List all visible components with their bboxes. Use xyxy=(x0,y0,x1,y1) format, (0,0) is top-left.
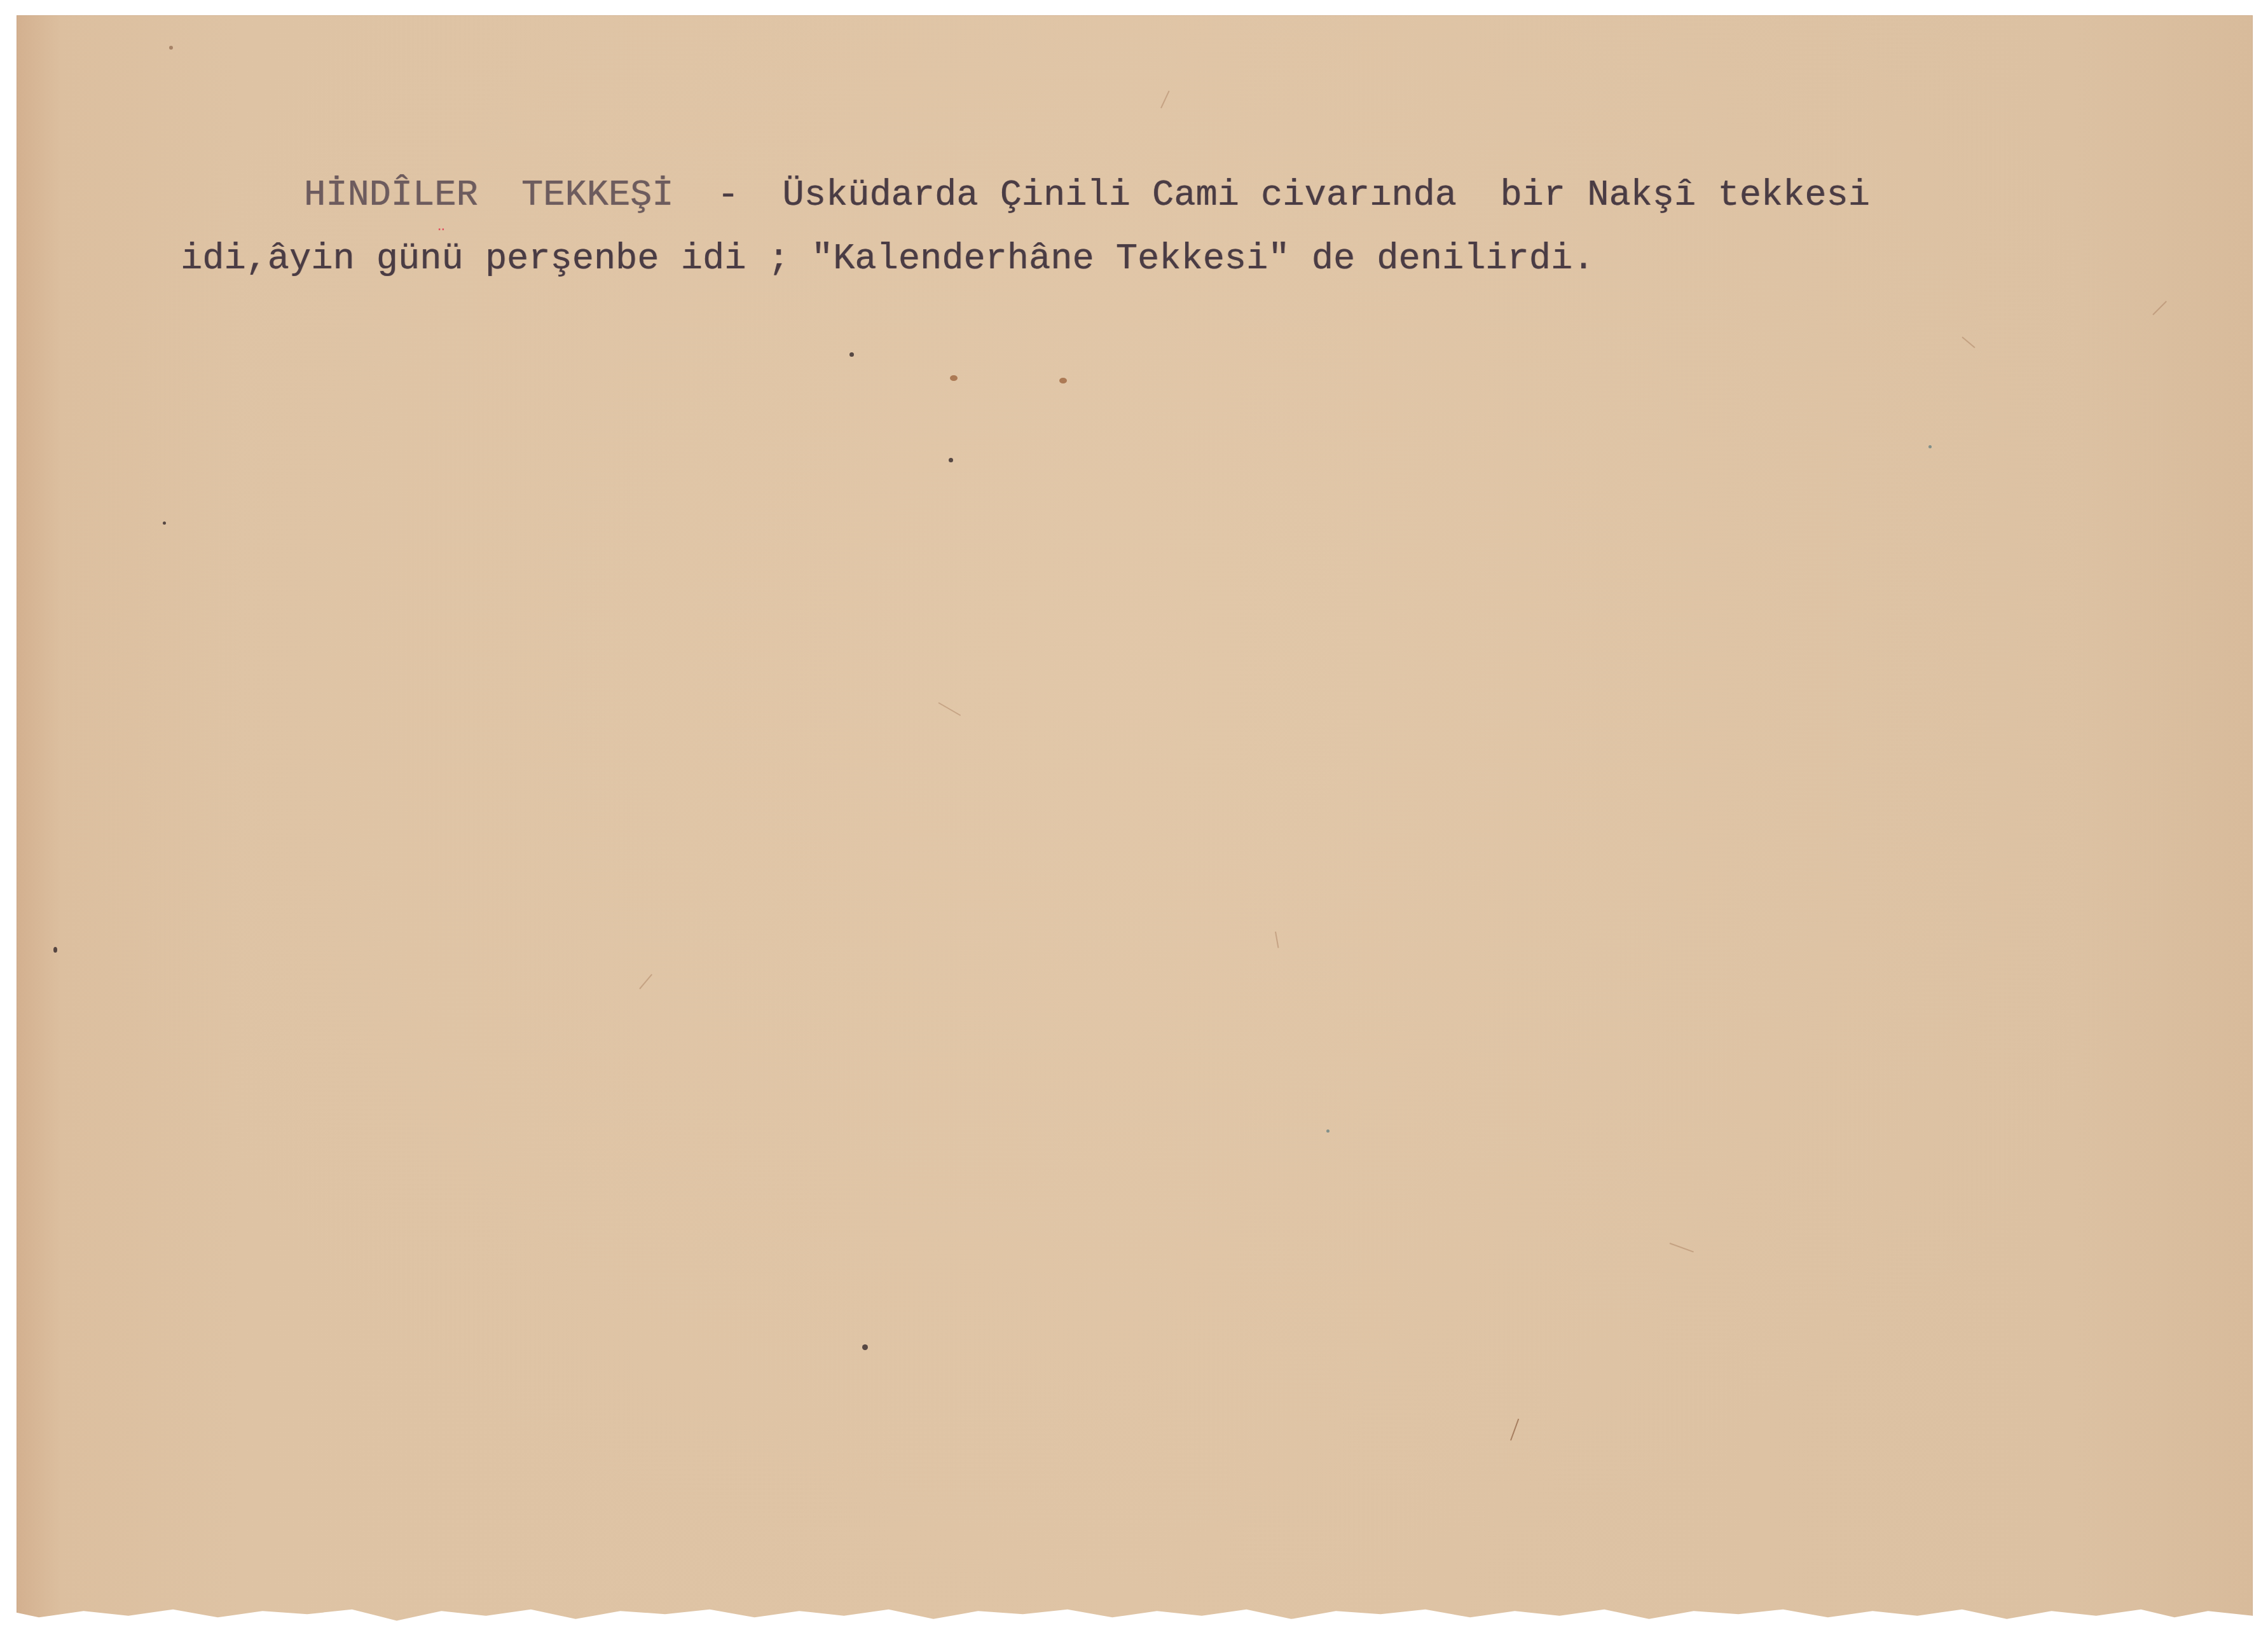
paper-fleck xyxy=(53,947,57,953)
paper-fiber xyxy=(1670,1243,1694,1253)
paper-fleck xyxy=(862,1344,868,1350)
red-correction-mark: ¨ xyxy=(436,235,450,240)
paper-fleck xyxy=(1326,1129,1330,1133)
paper-fiber xyxy=(639,974,652,989)
paper-fiber xyxy=(2152,301,2167,315)
entry-text-line-2: idi,âyin günü perşenbe idi ; "Kalenderhâ… xyxy=(181,239,1594,280)
paper-fleck xyxy=(1928,445,1932,448)
paper-fleck xyxy=(169,46,173,50)
entry-subtitle: TEKKEŞİ xyxy=(521,176,673,216)
paper-fleck xyxy=(1059,378,1067,383)
paper-card: HİNDÎLER TEKKEŞİ - Üsküdarda Çinili Cami… xyxy=(17,15,2253,1625)
typed-line-1: HİNDÎLER TEKKEŞİ - Üsküdarda Çinili Cami… xyxy=(304,178,1870,214)
paper-fleck xyxy=(849,352,854,357)
paper-fiber xyxy=(1160,90,1169,108)
title-dash: - xyxy=(717,176,739,216)
paper-fiber xyxy=(1510,1419,1519,1441)
paper-fleck xyxy=(163,521,166,525)
entry-title: HİNDÎLER xyxy=(304,176,478,216)
paper-fleck xyxy=(950,375,958,381)
paper-fiber xyxy=(938,702,961,716)
entry-text-line-1: Üsküdarda Çinili Cami civarında bir Nakş… xyxy=(783,176,1870,216)
paper-fleck xyxy=(949,458,953,462)
paper-fiber xyxy=(1962,336,1975,348)
typed-line-2: idi,âyin günü perşenbe idi ; "Kalenderhâ… xyxy=(181,242,1594,278)
paper-fiber xyxy=(1275,932,1279,948)
